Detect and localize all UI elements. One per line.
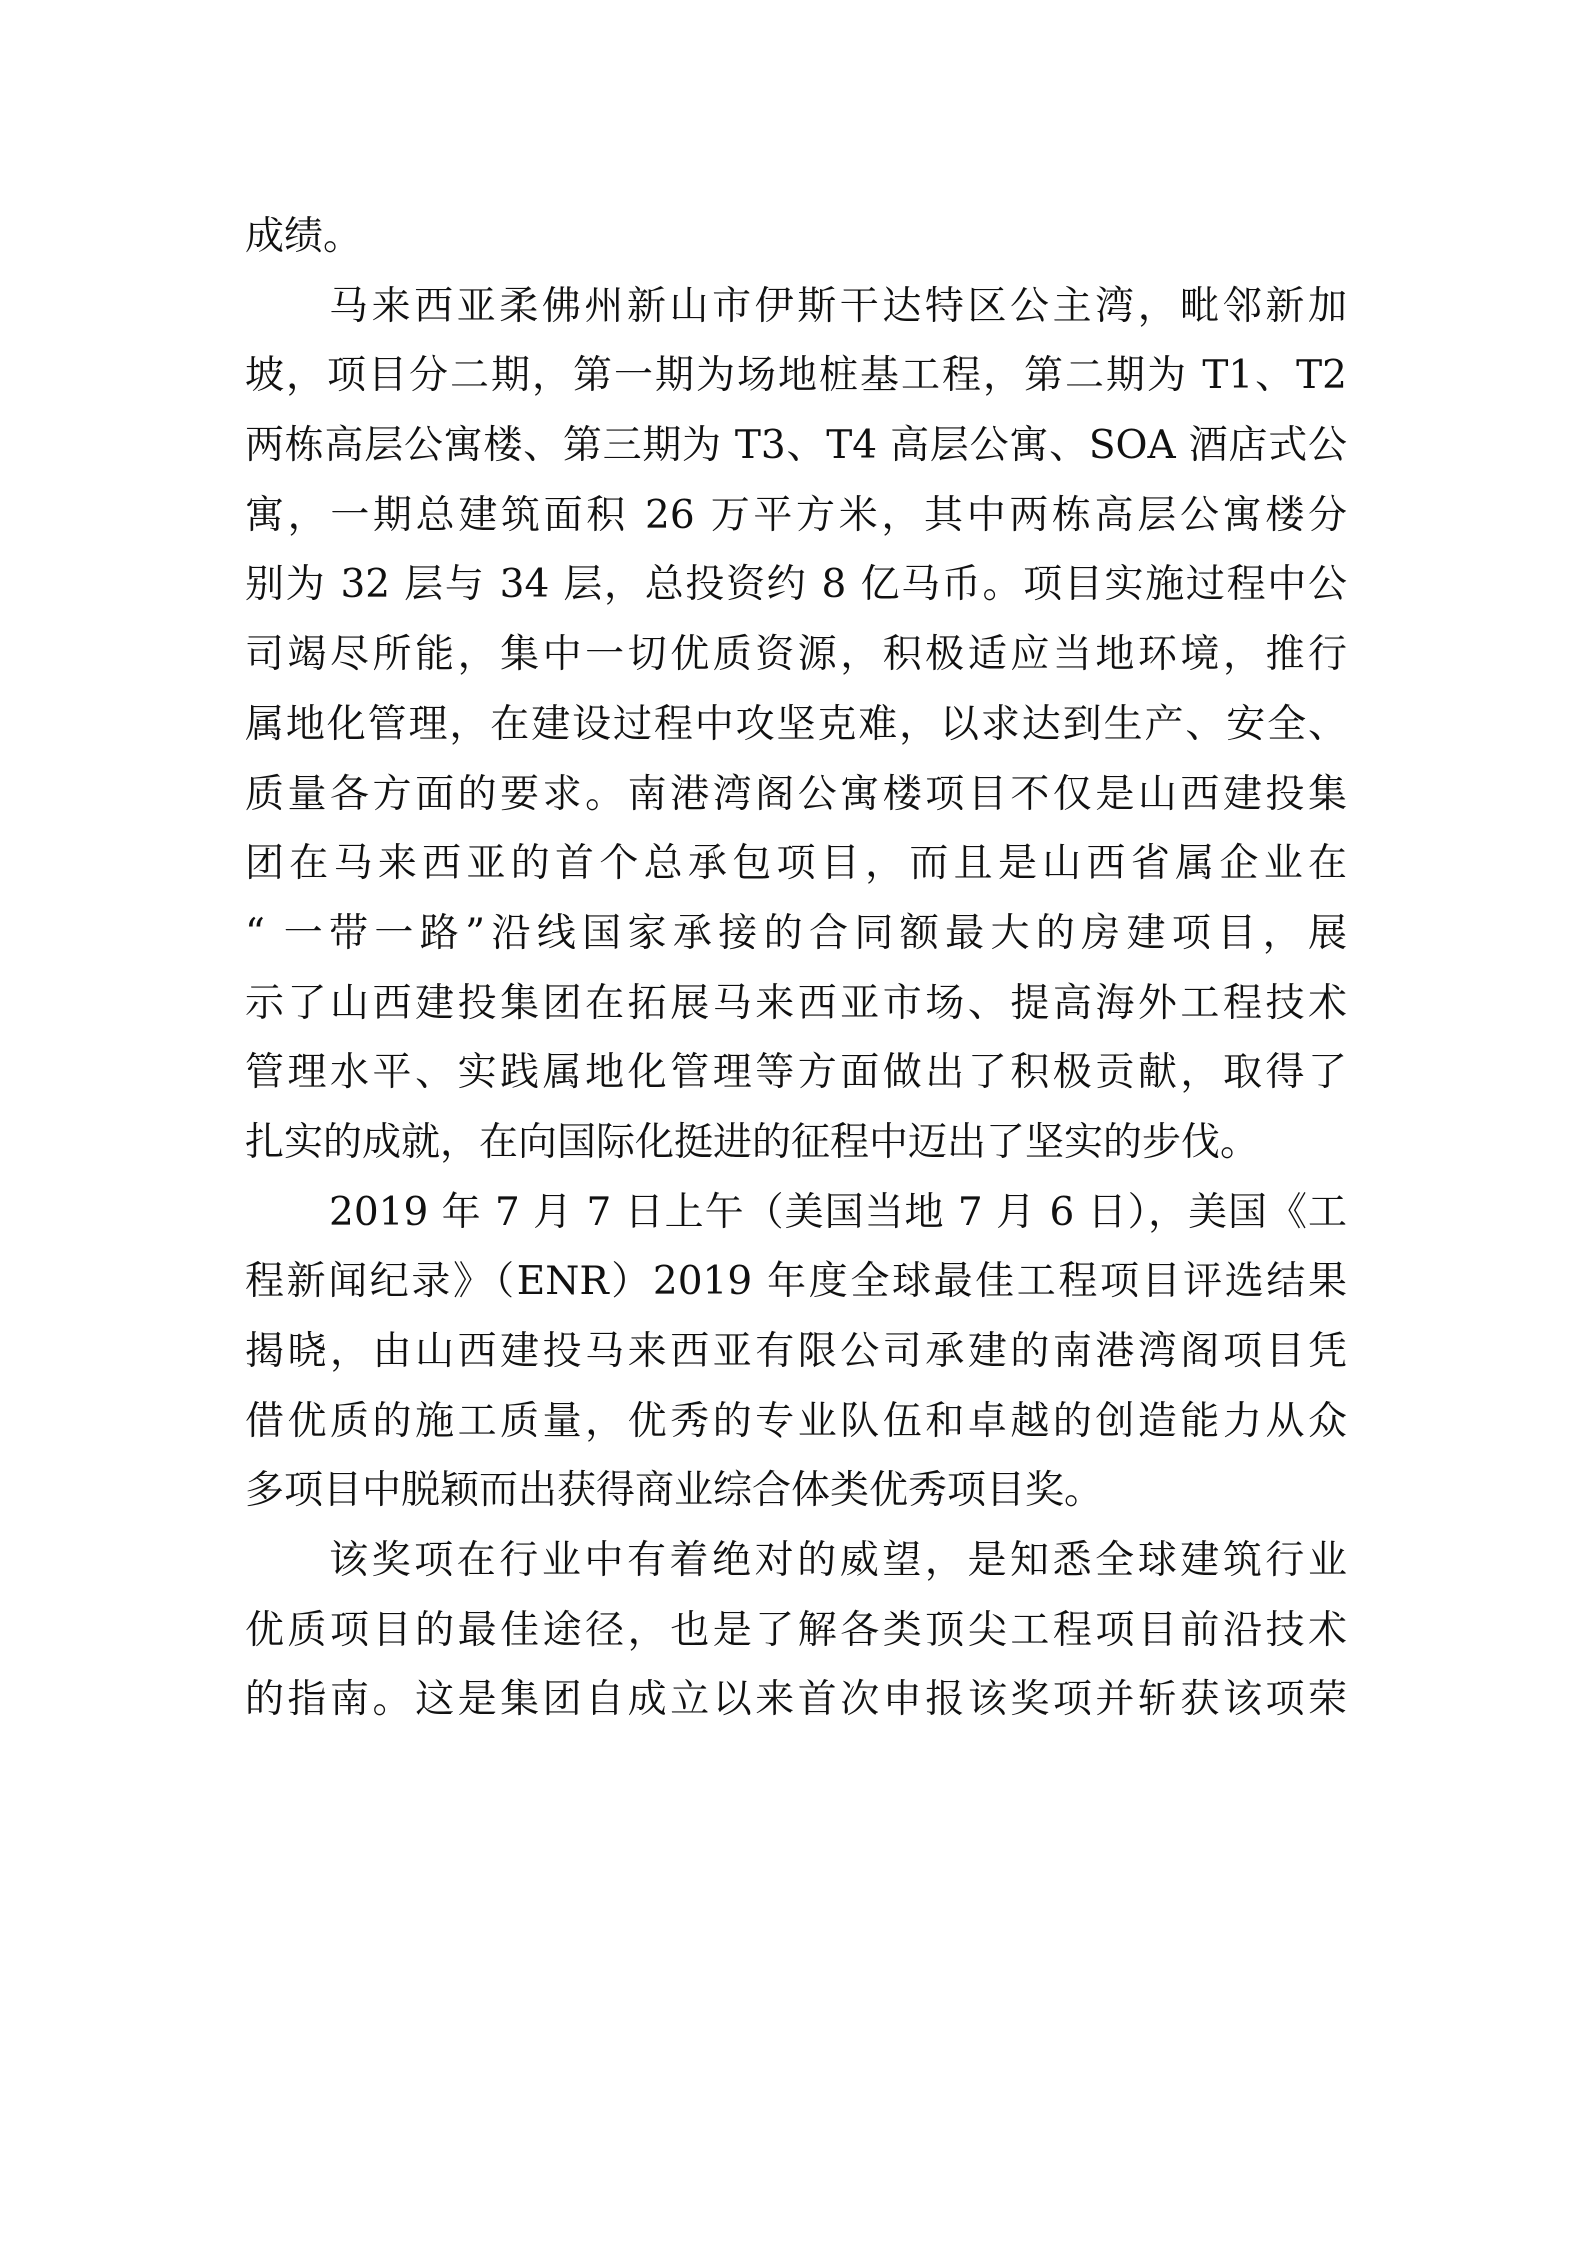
text-line: 优质项目的最佳途径，也是了解各类顶尖工程项目前沿技术 [245, 1596, 1347, 1666]
text-line: 多项目中脱颖而出获得商业综合体类优秀项目奖。 [245, 1456, 1347, 1526]
text-line: 坡，项目分二期，第一期为场地桩基工程，第二期为 T1、T2 [245, 341, 1347, 411]
text-line: 管理水平、实践属地化管理等方面做出了积极贡献，取得了 [245, 1038, 1347, 1108]
paragraph-award-prestige: 该奖项在行业中有着绝对的威望，是知悉全球建筑行业 优质项目的最佳途径，也是了解各… [245, 1526, 1347, 1735]
text-line: 成绩。 [245, 202, 1347, 272]
text-line: 示了山西建投集团在拓展马来西亚市场、提高海外工程技术 [245, 969, 1347, 1039]
text-line: 属地化管理，在建设过程中攻坚克难，以求达到生产、安全、 [245, 690, 1347, 760]
text-line: 司竭尽所能，集中一切优质资源，积极适应当地环境，推行 [245, 620, 1347, 690]
paragraph-continuation: 成绩。 [245, 202, 1347, 272]
text-line: 别为 32 层与 34 层，总投资约 8 亿马币。项目实施过程中公 [245, 550, 1347, 620]
paragraph-enr-award: 2019 年 7 月 7 日上午（美国当地 7 月 6 日），美国《工 程新闻纪… [245, 1178, 1347, 1526]
text-line: 借优质的施工质量，优秀的专业队伍和卓越的创造能力从众 [245, 1387, 1347, 1457]
text-line: 寓，一期总建筑面积 26 万平方米，其中两栋高层公寓楼分 [245, 481, 1347, 551]
text-line: 揭晓，由山西建投马来西亚有限公司承建的南港湾阁项目凭 [245, 1317, 1347, 1387]
text-line: “ 一带一路”沿线国家承接的合同额最大的房建项目，展 [245, 899, 1347, 969]
text-line: 扎实的成就，在向国际化挺进的征程中迈出了坚实的步伐。 [245, 1108, 1347, 1178]
text-line: 质量各方面的要求。南港湾阁公寓楼项目不仅是山西建投集 [245, 760, 1347, 830]
text-line: 两栋高层公寓楼、第三期为 T3、T4 高层公寓、SOA 酒店式公 [245, 411, 1347, 481]
text-line: 马来西亚柔佛州新山市伊斯干达特区公主湾，毗邻新加 [245, 272, 1347, 342]
text-line: 该奖项在行业中有着绝对的威望，是知悉全球建筑行业 [245, 1526, 1347, 1596]
paragraph-project-overview: 马来西亚柔佛州新山市伊斯干达特区公主湾，毗邻新加 坡，项目分二期，第一期为场地桩… [245, 272, 1347, 1178]
text-line: 2019 年 7 月 7 日上午（美国当地 7 月 6 日），美国《工 [245, 1178, 1347, 1248]
document-page: 成绩。 马来西亚柔佛州新山市伊斯干达特区公主湾，毗邻新加 坡，项目分二期，第一期… [245, 202, 1347, 1735]
text-line: 的指南。这是集团自成立以来首次申报该奖项并斩获该项荣 [245, 1665, 1347, 1735]
text-line: 程新闻纪录》（ENR）2019 年度全球最佳工程项目评选结果 [245, 1247, 1347, 1317]
text-line: 团在马来西亚的首个总承包项目，而且是山西省属企业在 [245, 829, 1347, 899]
